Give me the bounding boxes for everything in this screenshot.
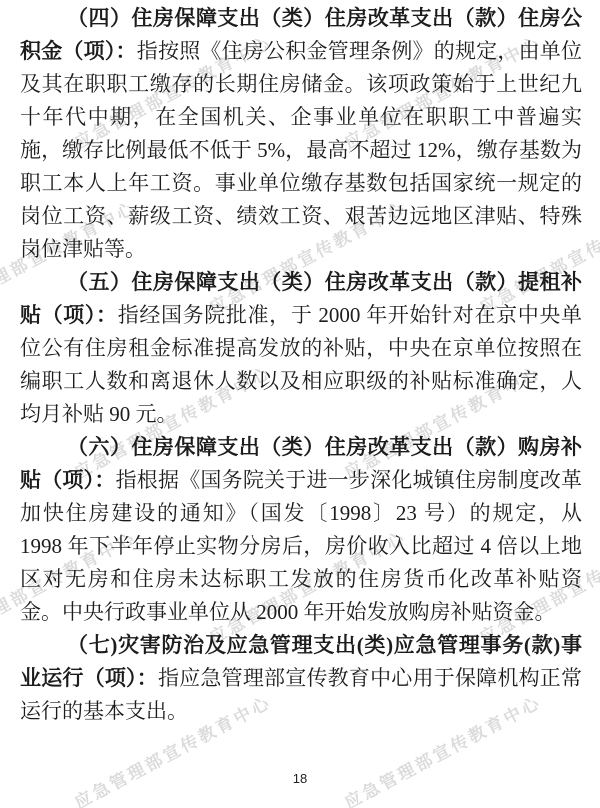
paragraph-section-6: （六）住房保障支出（类）住房改革支出（款）购房补贴（项）：指根据《国务院关于进一… [20, 431, 582, 629]
document-page: 应急管理部宣传教育中心应急管理部宣传教育中心应急管理部宣传教育中心应急管理部宣传… [0, 0, 600, 808]
page-number: 18 [0, 771, 600, 786]
paragraph-section-4-body: 指按照《住房公积金管理条例》的规定，由单位及其在职职工缴存的长期住房储金。该项政… [20, 39, 582, 261]
paragraph-section-4: （四）住房保障支出（类）住房改革支出（款）住房公积金（项）：指按照《住房公积金管… [20, 2, 582, 266]
document-content: （四）住房保障支出（类）住房改革支出（款）住房公积金（项）：指按照《住房公积金管… [0, 0, 600, 728]
paragraph-section-7: （七)灾害防治及应急管理支出(类)应急管理事务(款)事业运行（项）：指应急管理部… [20, 629, 582, 728]
paragraph-section-5: （五）住房保障支出（类）住房改革支出（款）提租补贴（项）：指经国务院批准，于 2… [20, 266, 582, 431]
